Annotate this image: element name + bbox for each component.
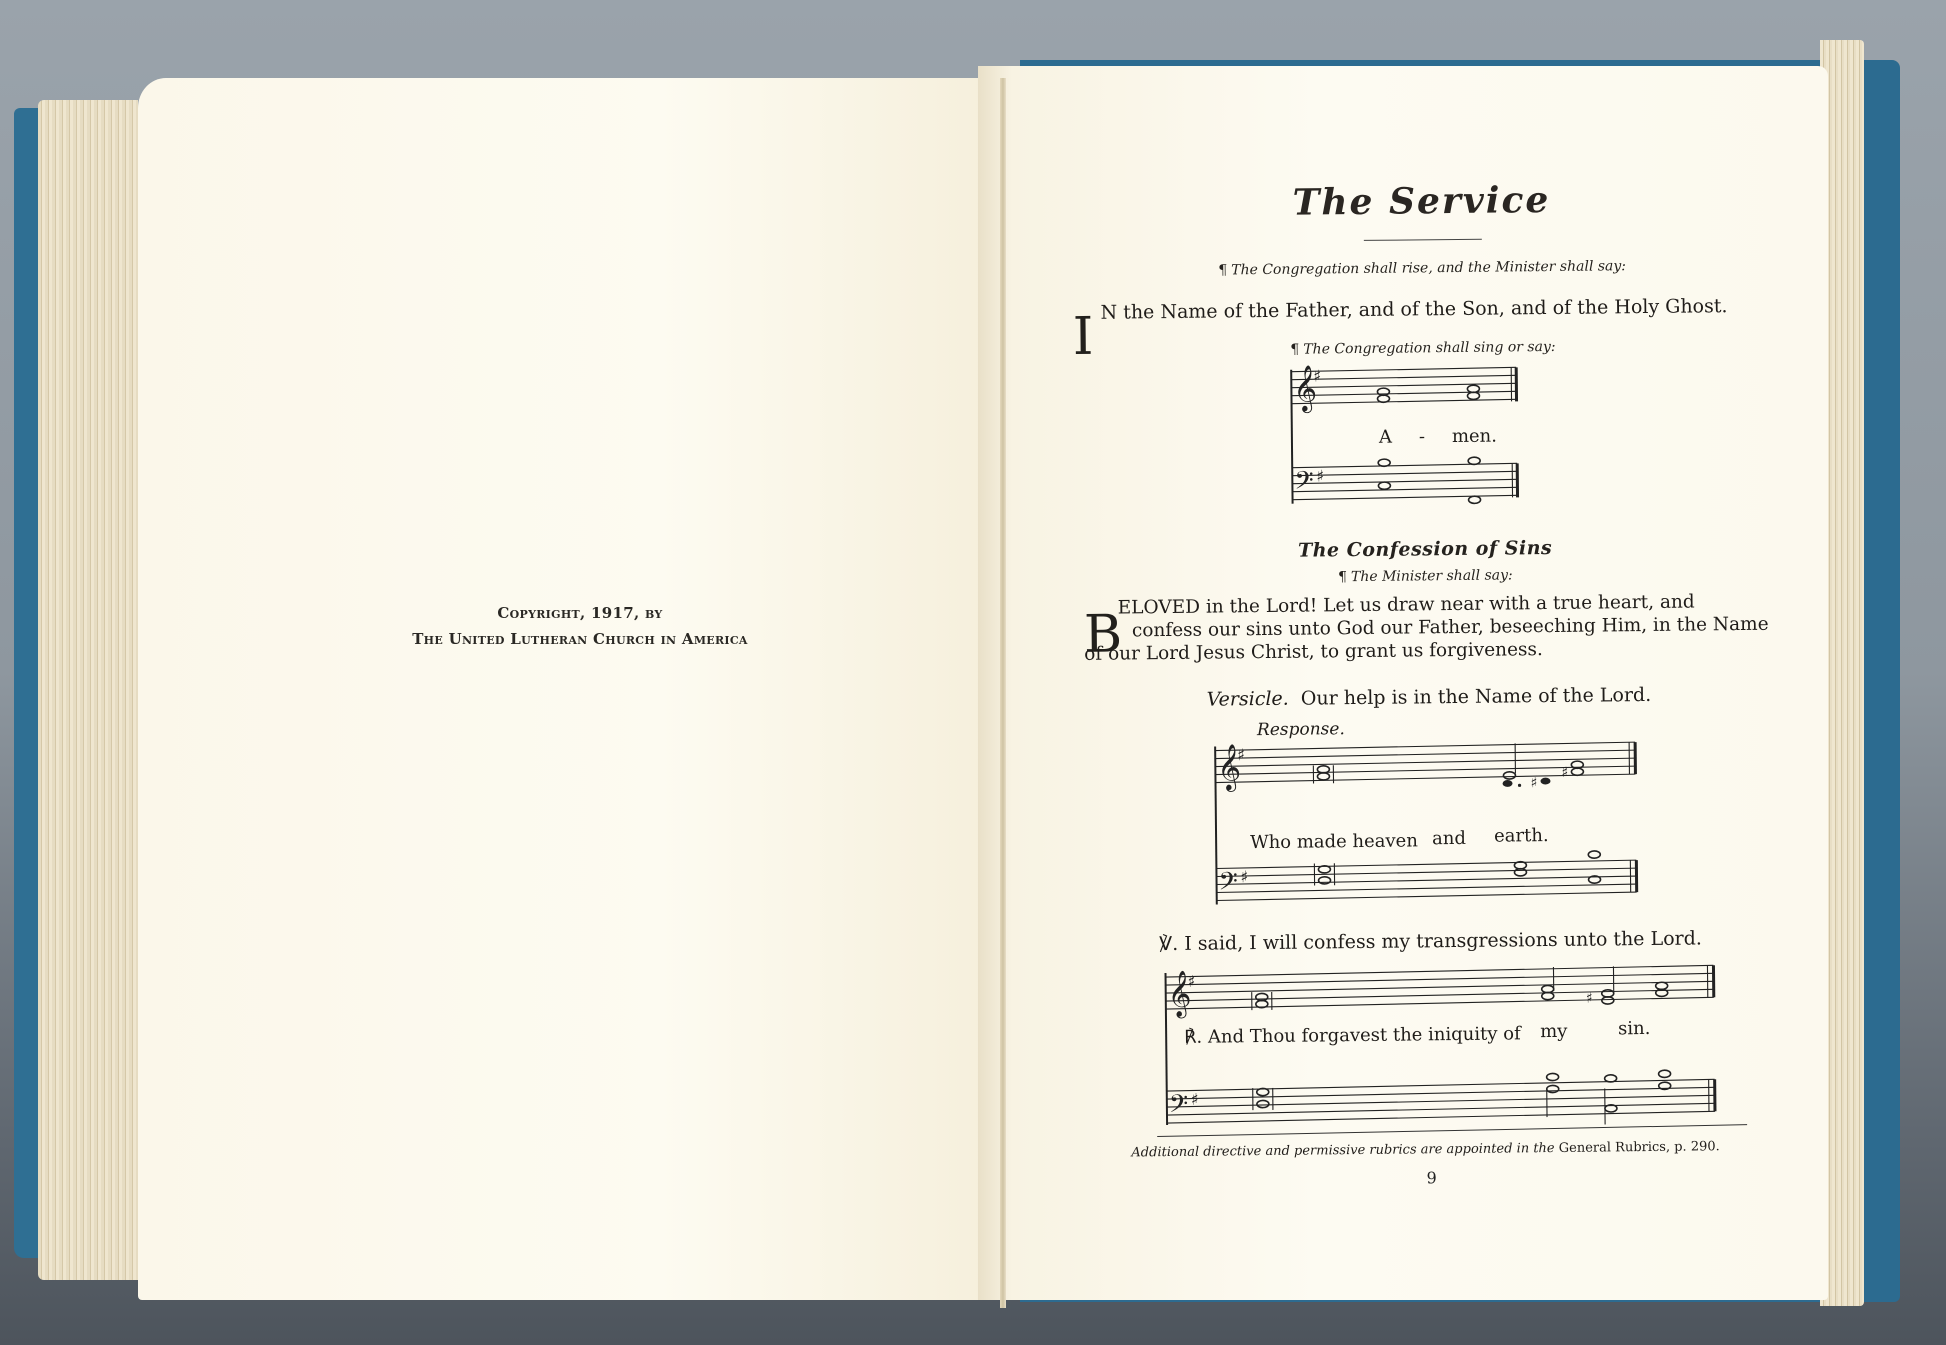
svg-text:♯: ♯ [1191, 1090, 1199, 1109]
page-title: The Service [1071, 177, 1771, 226]
bass-clef-icon: 𝄢 [1218, 867, 1238, 902]
response-label: Response. [1257, 719, 1345, 740]
title-rule [1364, 239, 1482, 241]
response-lyric-1: Who made heaven [1250, 830, 1418, 853]
svg-text:♯: ♯ [1187, 972, 1195, 991]
footnote-reference: General Rubrics, p. 290. [1559, 1139, 1720, 1156]
bass-clef-icon: 𝄢 [1294, 466, 1314, 501]
rubric-minister-text: The Minister shall say: [1351, 567, 1513, 585]
versicle-label: Versicle. [1207, 688, 1289, 711]
copyright-line-1: Copyright, 1917, by [380, 600, 780, 626]
amen-syllable-men: men. [1452, 426, 1497, 447]
second-response-lyric-3: sin. [1618, 1018, 1651, 1039]
svg-text:♯: ♯ [1530, 775, 1537, 791]
amen-hyphen: - [1419, 426, 1425, 447]
rubric-rise: ¶The Congregation shall rise, and the Mi… [1072, 257, 1772, 280]
response-symbol: ℟. [1184, 1027, 1202, 1048]
pilcrow-icon: ¶ [1218, 262, 1227, 278]
versicle-1-text: Our help is in the Name of the Lord. [1301, 684, 1652, 710]
copyright-notice: Copyright, 1917, by The United Lutheran … [380, 600, 780, 652]
section-title-confession: The Confession of Sins [1075, 535, 1775, 564]
exhortation-line-2: confess our sins unto God our Father, be… [1132, 614, 1769, 642]
svg-text:♯: ♯ [1237, 745, 1245, 764]
page-number: 9 [1082, 1165, 1782, 1191]
pilcrow-icon: ¶ [1290, 342, 1299, 358]
bass-clef-icon: 𝄢 [1169, 1090, 1189, 1125]
service-page-content: The Service ¶The Congregation shall rise… [1070, 59, 1783, 1300]
second-response: ℟. And Thou forgavest the iniquity of [1184, 1023, 1521, 1048]
copyright-line-2: The United Lutheran Church in America [380, 626, 780, 652]
svg-text:♯: ♯ [1561, 765, 1568, 781]
page-edges-left [38, 100, 138, 1280]
footnote-italic: Additional directive and permissive rubr… [1131, 1141, 1554, 1160]
svg-text:♯: ♯ [1586, 991, 1593, 1007]
amen-music-staff: 𝄞 ♯ 𝄢 ♯ [1291, 361, 1543, 514]
exhortation-line-3: of our Lord Jesus Christ, to grant us fo… [1084, 639, 1543, 665]
invocation-text: N the Name of the Father, and of the Son… [1100, 295, 1727, 324]
response-lyric-2: and [1432, 828, 1466, 849]
book-gutter [1000, 78, 1006, 1308]
rubric-minister: ¶The Minister shall say: [1075, 565, 1775, 588]
footnote: Additional directive and permissive rubr… [1131, 1139, 1751, 1160]
svg-text:♯: ♯ [1316, 466, 1324, 485]
versicle-1: Versicle. Our help is in the Name of the… [1207, 684, 1652, 711]
left-page [138, 78, 1010, 1300]
response-music-staff: 𝄞 ♯ 𝄢 ♯ ♯ ♯ [1215, 736, 1647, 910]
svg-text:♯: ♯ [1313, 366, 1321, 385]
rubric-sing-text: The Congregation shall sing or say: [1303, 339, 1555, 358]
svg-text:♯: ♯ [1240, 867, 1248, 886]
amen-syllable-a: A [1379, 427, 1392, 448]
versicle-2: ℣. I said, I will confess my transgressi… [1159, 927, 1702, 955]
response-lyric-3: earth. [1494, 825, 1549, 847]
versicle-symbol: ℣. [1159, 933, 1178, 955]
pilcrow-icon: ¶ [1338, 569, 1347, 585]
versicle-2-text: I said, I will confess my transgressions… [1184, 927, 1702, 954]
rubric-sing: ¶The Congregation shall sing or say: [1073, 337, 1773, 360]
second-response-lyric-2: my [1540, 1021, 1567, 1042]
rubric-rise-text: The Congregation shall rise, and the Min… [1231, 258, 1626, 278]
second-response-lyric-1: And Thou forgavest the iniquity of [1208, 1023, 1521, 1047]
